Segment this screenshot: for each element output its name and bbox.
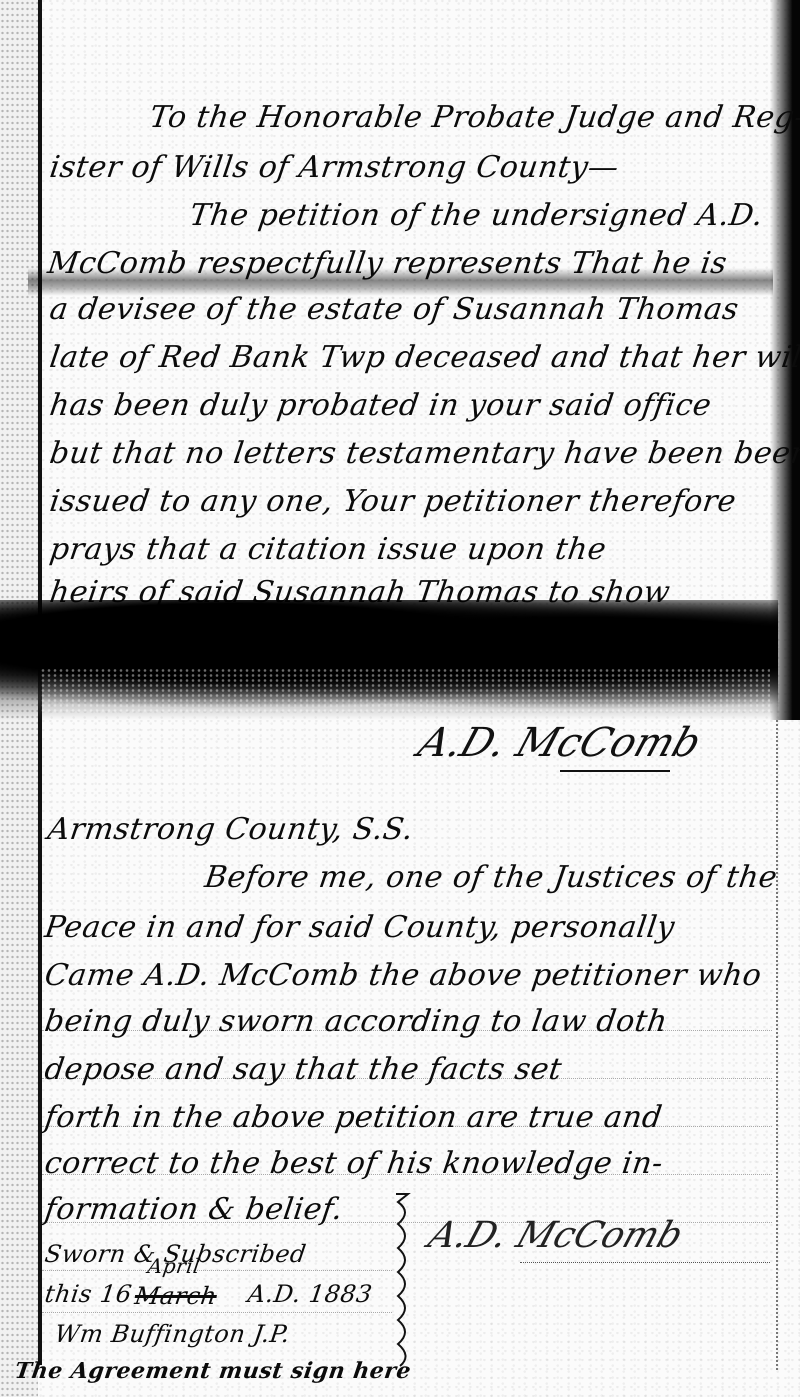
signature-line [520,1262,770,1263]
affidavit-line-6: forth in the above petition are true and [43,1100,665,1135]
right-edge-border [774,720,778,1370]
scan-speckle [40,668,770,713]
brace-icon [392,1190,416,1370]
signature-flourish [560,770,670,772]
ruled-line [42,1270,392,1271]
jurat-month-corrected: April [146,1254,201,1278]
affidavit-line-8: formation & belief. [43,1192,346,1227]
scanned-document-page: To the Honorable Probate Judge and Reg- … [0,0,800,1397]
affidavit-line-3: Came A.D. McComb the above petitioner wh… [43,958,764,993]
justice-signature: Wm Buffington J.P. [53,1320,292,1348]
petition-line-5: a devisee of the estate of Susannah Thom… [48,292,741,327]
affidavit-line-2: Peace in and for said County, personally [43,910,677,945]
ruled-line [42,1312,392,1313]
affidavit-line-1: Before me, one of the Justices of the [203,860,780,895]
petition-line-1: To the Honorable Probate Judge and Reg- [148,100,800,135]
jurat-day: this 16 [43,1280,134,1308]
footnote-sign-here: The Agreement must sign here [13,1358,413,1384]
petition-line-10: prays that a citation issue upon the [48,532,609,567]
affidavit-line-4: being duly sworn according to law doth [43,1004,670,1039]
petition-line-6: late of Red Bank Twp deceased and that h… [48,340,800,375]
affidavit-venue: Armstrong County, S.S. [46,812,416,847]
petition-line-9: issued to any one, Your petitioner there… [48,484,739,519]
jurat-month-struck: March [133,1282,219,1310]
jurat-year: A.D. 1883 [246,1280,374,1308]
affidavit-line-7: correct to the best of his knowledge in- [43,1146,666,1181]
petition-line-3: The petition of the undersigned A.D. [188,198,766,233]
petition-line-7: has been duly probated in your said offi… [48,388,714,423]
petitioner-signature: A.D. McComb [413,720,707,766]
petition-line-2: ister of Wills of Armstrong County— [48,150,622,185]
affidavit-line-5: depose and say that the facts set [43,1052,565,1087]
petition-line-8: but that no letters testamentary have be… [48,436,800,471]
affiant-signature: A.D. McComb [423,1215,688,1256]
